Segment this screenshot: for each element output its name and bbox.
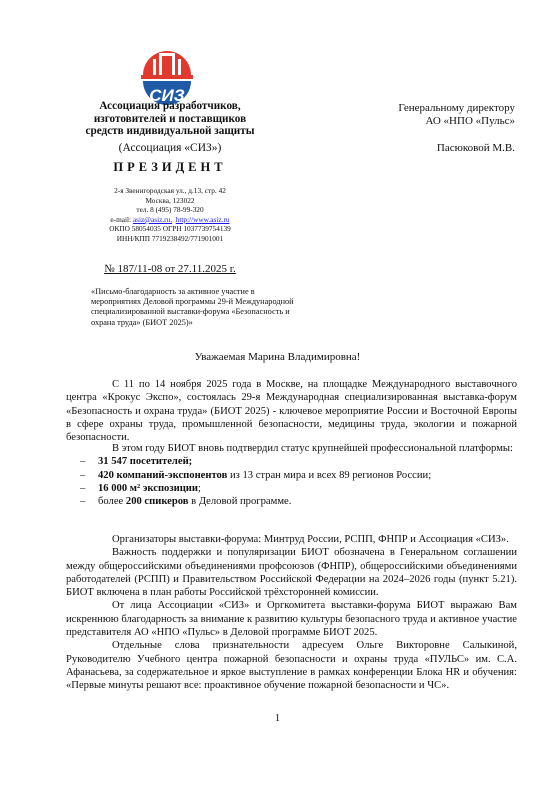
addressee-position: Генеральному директору [398, 102, 515, 115]
letter-body: С 11 по 14 ноября 2025 года в Москве, на… [66, 378, 517, 444]
email-label: e-mail: [110, 215, 133, 224]
sender-contacts: 2-я Звенигородская ул., д.13, стр. 42 Мо… [60, 186, 280, 244]
address-street: 2-я Звенигородская ул., д.13, стр. 42 [60, 186, 280, 196]
stat-text: в Деловой программе. [189, 496, 292, 507]
stat-highlight: 420 компаний-экспонентов [98, 470, 227, 481]
email-link[interactable]: asiz@asiz.ru, [133, 215, 172, 224]
stat-item: 420 компаний-экспонентов из 13 стран мир… [66, 469, 517, 482]
paragraph-gratitude: От лица Ассоциации «СИЗ» и Оргкомитета в… [66, 599, 517, 639]
stat-item: более 200 спикеров в Деловой программе. [66, 495, 517, 508]
stat-highlight: 31 547 посетителей; [98, 456, 192, 467]
addressee-name: Пасюковой М.В. [398, 142, 515, 155]
addressee-block: Генеральному директору АО «НПО «Пульс» П… [398, 102, 515, 155]
paragraph-organizers: Организаторы выставки-форума: Минтруд Ро… [66, 533, 517, 546]
siz-hardhat-logo-icon: СИЗ [137, 45, 197, 107]
org-name-line: средств индивидуальной защиты [60, 125, 280, 138]
stat-highlight: 200 спикеров [126, 496, 189, 507]
website-link[interactable]: http://www.asiz.ru [176, 215, 230, 224]
stat-text: из 13 стран мира и всех 89 регионов Росс… [227, 470, 431, 481]
closing-section: Организаторы выставки-форума: Минтруд Ро… [66, 533, 517, 693]
address-city: Москва, 123022 [60, 196, 280, 206]
paragraph-speaker-thanks: Отдельные слова признательности адресуем… [66, 639, 517, 692]
paragraph-platform-status: В этом году БИОТ вновь подтвердил статус… [66, 442, 517, 455]
org-name-line: Ассоциация разработчиков, [60, 100, 280, 113]
stat-text: ; [198, 483, 201, 494]
stats-list: 31 547 посетителей; 420 компаний-экспоне… [66, 455, 517, 508]
letter-subject: «Письмо-благодарность за активное участи… [91, 287, 306, 328]
phone: тел. 8 (495) 78-99-320 [60, 205, 280, 215]
paragraph-agreement: Важность поддержки и популяризации БИОТ … [66, 546, 517, 599]
addressee-company: АО «НПО «Пульс» [398, 115, 515, 128]
okpo-ogrn: ОКПО 58054035 ОГРН 1037739754139 [60, 224, 280, 234]
stat-highlight: 16 000 м² экспозиции [98, 483, 198, 494]
stat-item: 16 000 м² экспозиции; [66, 482, 517, 495]
stats-section: В этом году БИОТ вновь подтвердил статус… [66, 442, 517, 508]
sender-title: ПРЕЗИДЕНТ [60, 160, 280, 175]
greeting: Уважаемая Марина Владимировна! [0, 351, 555, 363]
organization-name: Ассоциация разработчиков, изготовителей … [60, 100, 280, 138]
stat-item: 31 547 посетителей; [66, 455, 517, 468]
stat-text: более [98, 496, 126, 507]
inn-kpp: ИНН/КПП 7719238492/771901001 [60, 234, 280, 244]
document-number: № 187/11-08 от 27.11.2025 г. [60, 263, 280, 275]
organization-short-name: (Ассоциация «СИЗ») [60, 142, 280, 154]
page-number: 1 [0, 713, 555, 724]
org-name-line: изготовителей и поставщиков [60, 113, 280, 126]
email-web-line: e-mail: asiz@asiz.ru, http://www.asiz.ru [60, 215, 280, 225]
paragraph-event-summary: С 11 по 14 ноября 2025 года в Москве, на… [66, 378, 517, 444]
siz-logo: СИЗ [137, 45, 197, 107]
